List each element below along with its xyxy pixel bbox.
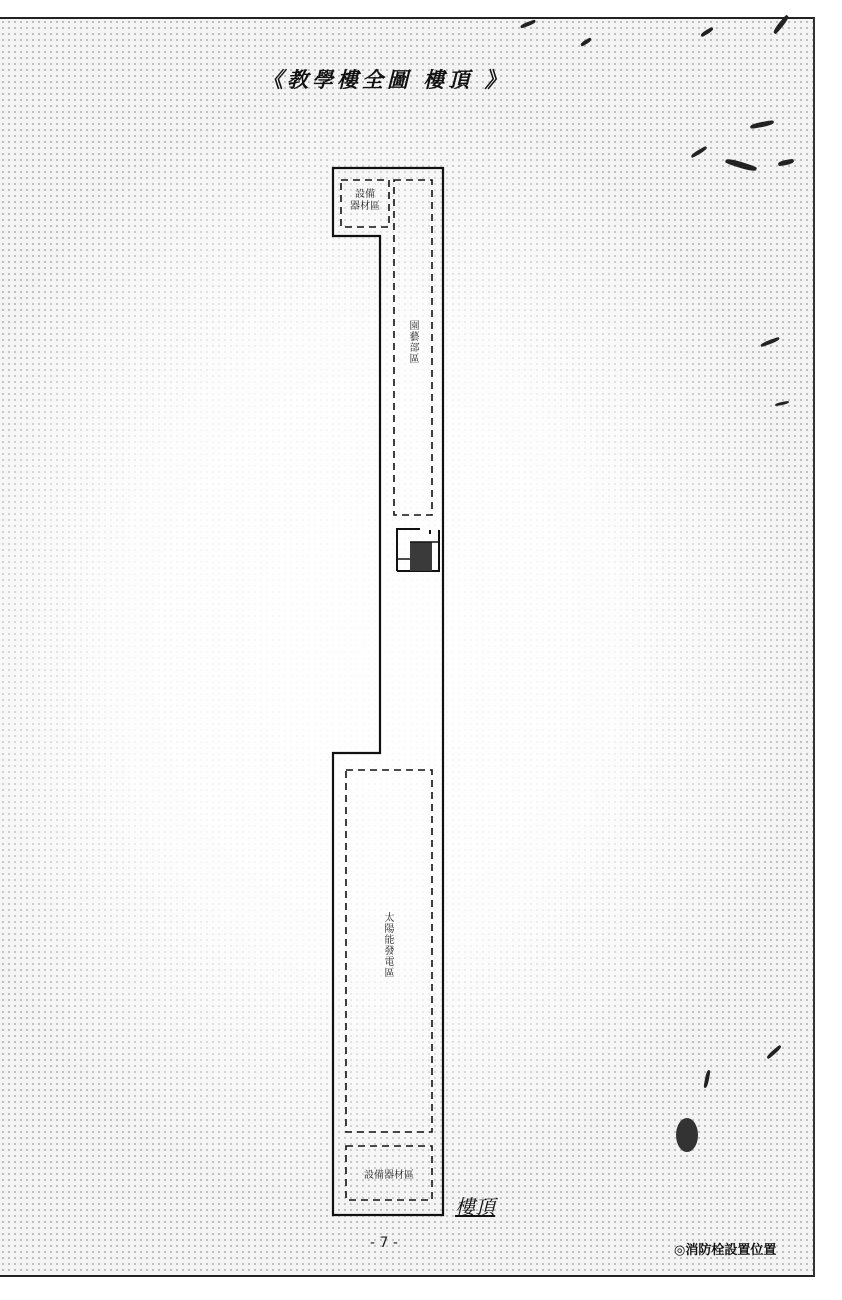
area-equipment-bottom-label: 設備器材區	[346, 1170, 432, 1182]
page-number: - 7 -	[370, 1235, 398, 1251]
area-label-line: 器材區	[341, 201, 389, 213]
building-outline	[333, 168, 443, 1215]
area-equipment-top-label: 設備 器材區	[341, 189, 389, 213]
legend-fire-hydrant: ◎消防栓設置位置	[674, 1239, 776, 1258]
floor-label: 樓頂	[455, 1191, 495, 1220]
area-label-line: 設備	[341, 189, 389, 201]
area-solar-label: 太陽能發電區	[381, 912, 393, 978]
stair-icon	[397, 529, 439, 571]
area-gardening-label: 園藝部區	[406, 320, 418, 364]
floor-plan	[0, 0, 842, 1300]
